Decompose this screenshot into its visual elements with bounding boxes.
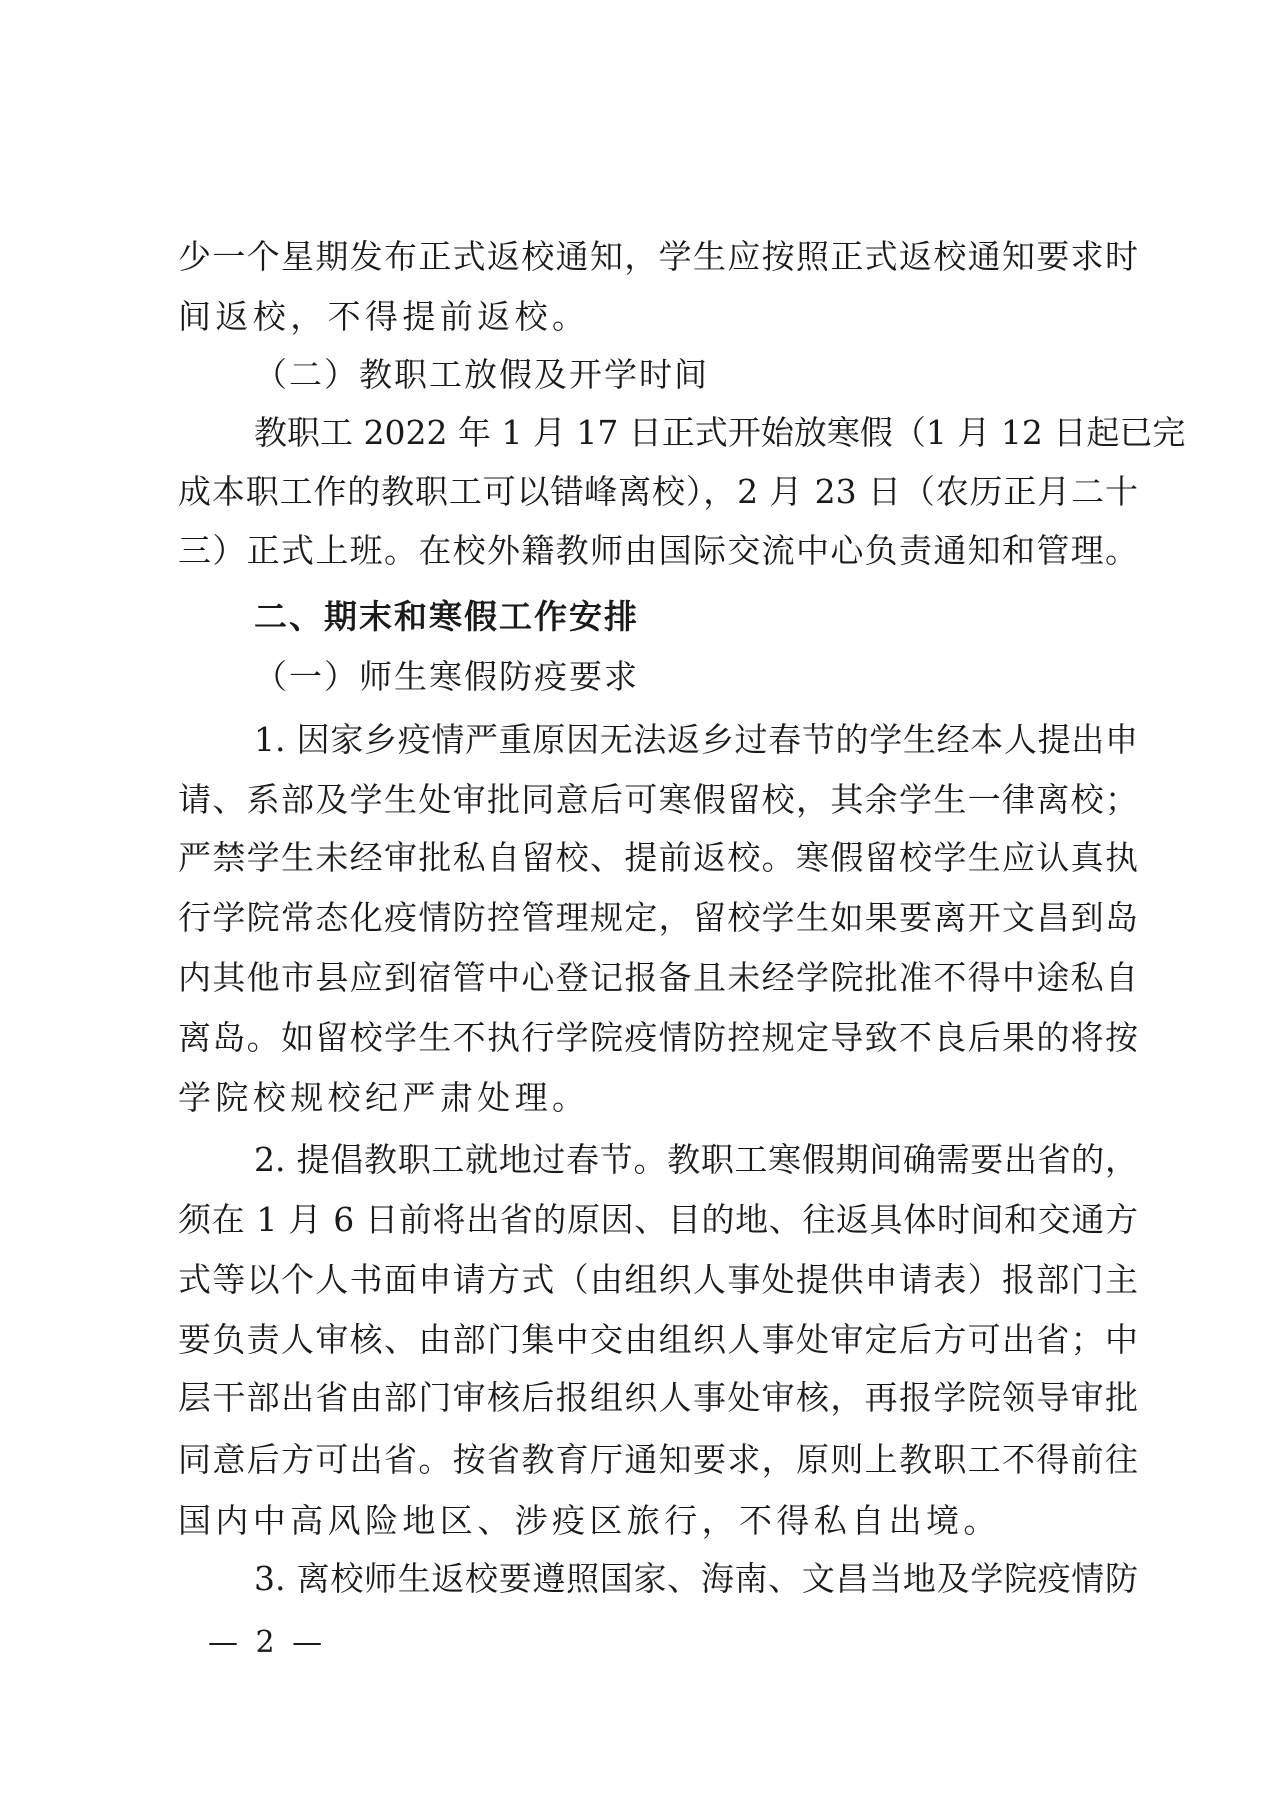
paragraph-line: 少一个星期发布正式返校通知，学生应按照正式返校通知要求时 bbox=[178, 232, 1138, 282]
paragraph-line: 2. 提倡教职工就地过春节。教职工寒假期间确需要出省的， bbox=[254, 1135, 1138, 1185]
subsection-heading: （一）师生寒假防疫要求 bbox=[254, 652, 1138, 702]
paragraph-line: 教职工 2022 年 1 月 17 日正式开始放寒假（1 月 12 日起已完 bbox=[254, 408, 1138, 458]
section-heading: 二、期末和寒假工作安排 bbox=[254, 592, 1138, 642]
paragraph-line: 须在 1 月 6 日前将出省的原因、目的地、往返具体时间和交通方 bbox=[178, 1195, 1138, 1245]
paragraph-line: 三）正式上班。在校外籍教师由国际交流中心负责通知和管理。 bbox=[178, 526, 1138, 576]
paragraph-line: 1. 因家乡疫情严重原因无法返乡过春节的学生经本人提出申 bbox=[254, 715, 1138, 765]
paragraph-line: 行学院常态化疫情防控管理规定，留校学生如果要离开文昌到岛 bbox=[178, 893, 1138, 943]
paragraph-line: 式等以个人书面申请方式（由组织人事处提供申请表）报部门主 bbox=[178, 1255, 1138, 1305]
paragraph-line: 严禁学生未经审批私自留校、提前返校。寒假留校学生应认真执 bbox=[178, 833, 1138, 883]
paragraph-line: 间返校，不得提前返校。 bbox=[178, 292, 1138, 342]
document-page: 少一个星期发布正式返校通知，学生应按照正式返校通知要求时间返校，不得提前返校。（… bbox=[0, 0, 1279, 1811]
page-number: — 2 — bbox=[208, 1620, 326, 1666]
subsection-heading: （二）教职工放假及开学时间 bbox=[254, 350, 1138, 400]
paragraph-line: 同意后方可出省。按省教育厅通知要求，原则上教职工不得前往 bbox=[178, 1435, 1138, 1485]
paragraph-line: 请、系部及学生处审批同意后可寒假留校，其余学生一律离校； bbox=[178, 775, 1138, 825]
paragraph-line: 学院校规校纪严肃处理。 bbox=[178, 1073, 1138, 1123]
paragraph-line: 离岛。如留校学生不执行学院疫情防控规定导致不良后果的将按 bbox=[178, 1013, 1138, 1063]
paragraph-line: 层干部出省由部门审核后报组织人事处审核，再报学院领导审批 bbox=[178, 1373, 1138, 1423]
paragraph-line: 要负责人审核、由部门集中交由组织人事处审定后方可出省；中 bbox=[178, 1315, 1138, 1365]
paragraph-line: 3. 离校师生返校要遵照国家、海南、文昌当地及学院疫情防 bbox=[254, 1554, 1138, 1604]
paragraph-line: 国内中高风险地区、涉疫区旅行，不得私自出境。 bbox=[178, 1496, 1138, 1546]
paragraph-line: 内其他市县应到宿管中心登记报备且未经学院批准不得中途私自 bbox=[178, 953, 1138, 1003]
paragraph-line: 成本职工作的教职工可以错峰离校），2 月 23 日（农历正月二十 bbox=[178, 467, 1138, 517]
